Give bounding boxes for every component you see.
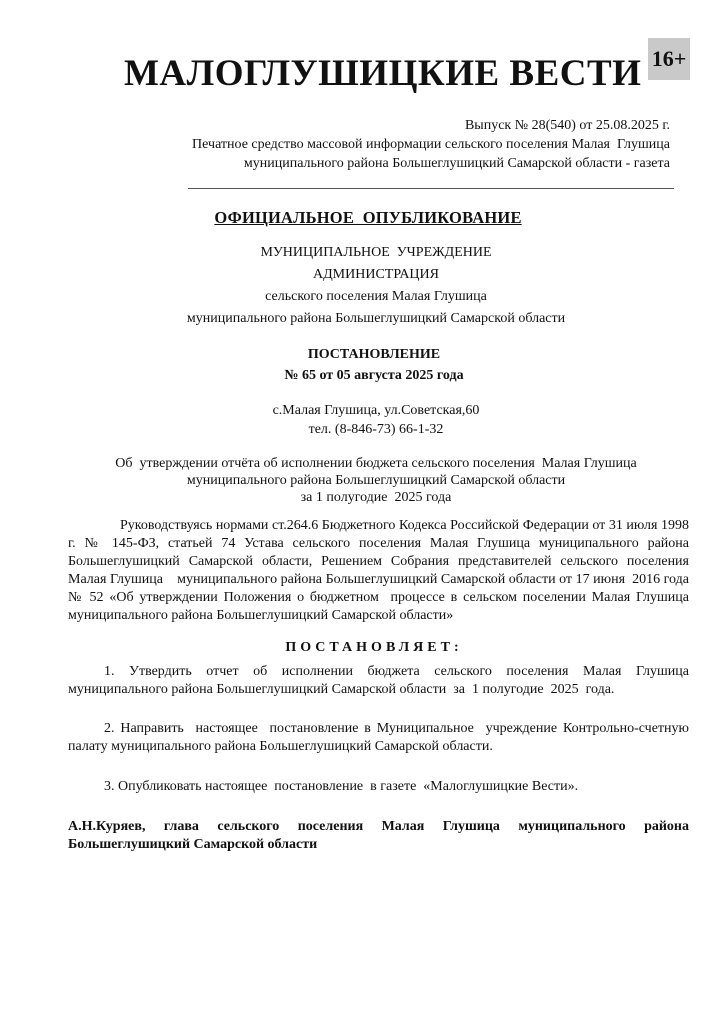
section-title: ОФИЦИАЛЬНОЕ ОПУБЛИКОВАНИЕ: [0, 207, 724, 229]
issue-info: Выпуск № 28(540) от 25.08.2025 г. Печатн…: [110, 116, 670, 173]
subject-line: Об утверждении отчёта об исполнении бюдж…: [28, 455, 724, 472]
header-divider: [188, 188, 674, 189]
subject-line: за 1 полугодие 2025 года: [28, 489, 724, 506]
issue-number-date: Выпуск № 28(540) от 25.08.2025 г.: [110, 116, 670, 135]
publisher-line-1: Печатное средство массовой информации се…: [110, 135, 670, 154]
decree-type: ПОСТАНОВЛЕНИЕ: [24, 344, 724, 365]
issuer-line: муниципального района Большеглушицкий Са…: [28, 308, 724, 330]
decree-heading: ПОСТАНОВЛЕНИЕ № 65 от 05 августа 2025 го…: [0, 344, 724, 386]
newspaper-masthead: МАЛОГЛУШИЦКИЕ ВЕСТИ: [0, 52, 724, 96]
resolution-item-1: 1. Утвердить отчет об исполнении бюджета…: [68, 663, 689, 699]
resolution-item-3: 3. Опубликовать настоящее постановление …: [68, 778, 689, 796]
decree-subject: Об утверждении отчёта об исполнении бюдж…: [0, 455, 724, 506]
issuer-block: МУНИЦИПАЛЬНОЕ УЧРЕЖДЕНИЕ АДМИНИСТРАЦИЯ с…: [0, 242, 724, 330]
publisher-line-2: муниципального района Большеглушицкий Са…: [110, 154, 670, 173]
preamble-paragraph: Руководствуясь нормами ст.264.6 Бюджетно…: [68, 517, 689, 625]
issuer-line: АДМИНИСТРАЦИЯ: [28, 264, 724, 286]
resolves-heading: ПОСТАНОВЛЯЕТ:: [0, 638, 724, 658]
issuer-line: сельского поселения Малая Глушица: [28, 286, 724, 308]
decree-number-date: № 65 от 05 августа 2025 года: [24, 365, 724, 386]
phone-line: тел. (8-846-73) 66-1-32: [28, 420, 724, 439]
subject-line: муниципального района Большеглушицкий Са…: [28, 472, 724, 489]
signature-block: А.Н.Куряев, глава сельского поселения Ма…: [68, 818, 689, 854]
address-line: с.Малая Глушица, ул.Советская,60: [28, 401, 724, 420]
address-block: с.Малая Глушица, ул.Советская,60 тел. (8…: [0, 401, 724, 439]
issuer-line: МУНИЦИПАЛЬНОЕ УЧРЕЖДЕНИЕ: [28, 242, 724, 264]
resolution-item-2: 2. Направить настоящее постановление в М…: [68, 720, 689, 756]
age-rating-badge: 16+: [648, 38, 690, 80]
